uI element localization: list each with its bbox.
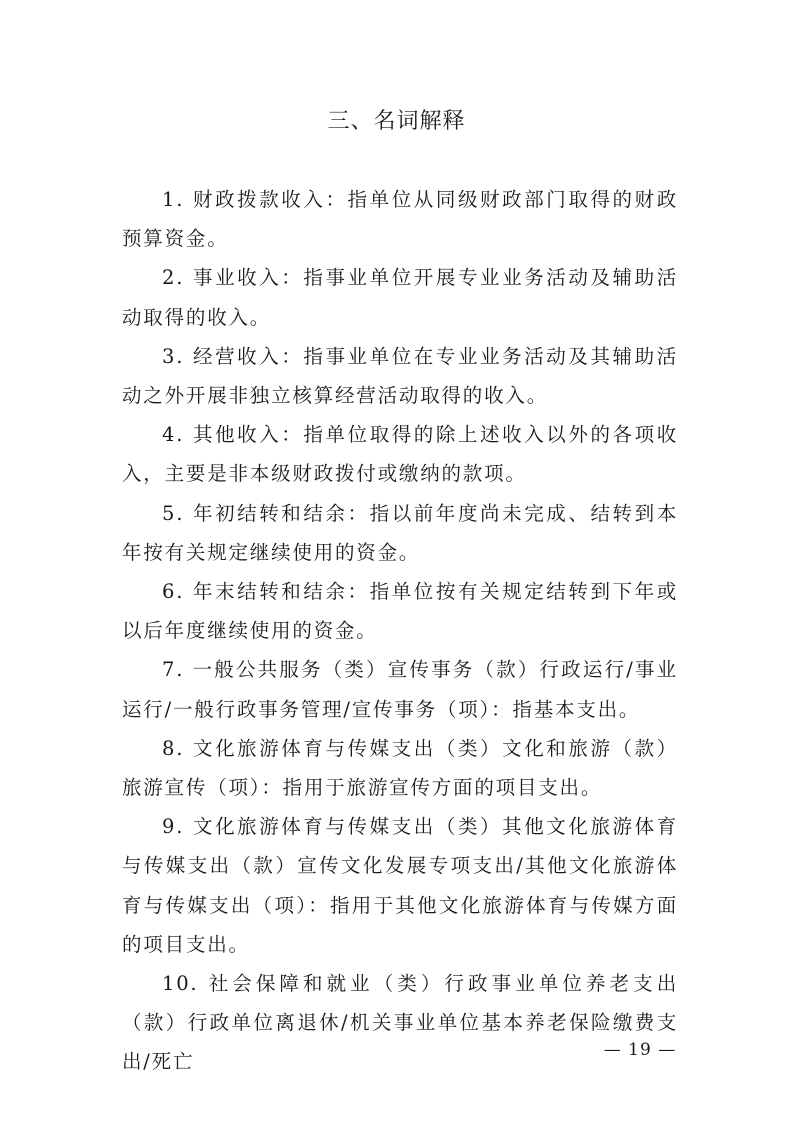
definition-paragraph: 5. 年初结转和结余：指以前年度尚未完成、结转到本年按有关规定继续使用的资金。 [122,494,678,572]
definition-paragraph: 9. 文化旅游体育与传媒支出（类）其他文化旅游体育与传媒支出（款）宣传文化发展专… [122,807,678,964]
page-number: — 19 — [600,1040,680,1060]
definition-paragraph: 7. 一般公共服务（类）宣传事务（款）行政运行/事业运行/一般行政事务管理/宣传… [122,650,678,728]
definition-paragraph: 3. 经营收入：指事业单位在专业业务活动及其辅助活动之外开展非独立核算经营活动取… [122,337,678,415]
definition-paragraph: 1. 财政拨款收入：指单位从同级财政部门取得的财政预算资金。 [122,180,678,258]
definition-paragraph: 10. 社会保障和就业（类）行政事业单位养老支出（款）行政单位离退休/机关事业单… [122,964,678,1082]
definitions-list: 1. 财政拨款收入：指单位从同级财政部门取得的财政预算资金。 2. 事业收入：指… [122,180,678,1082]
definition-paragraph: 8. 文化旅游体育与传媒支出（类）文化和旅游（款） 旅游宣传（项）：指用于旅游宣… [122,729,678,807]
definition-paragraph: 6. 年末结转和结余：指单位按有关规定结转到下年或以后年度继续使用的资金。 [122,572,678,650]
section-title: 三、名词解释 [0,104,793,135]
definition-paragraph: 4. 其他收入：指单位取得的除上述收入以外的各项收入，主要是非本级财政拨付或缴纳… [122,415,678,493]
definition-paragraph: 2. 事业收入：指事业单位开展专业业务活动及辅助活动取得的收入。 [122,258,678,336]
